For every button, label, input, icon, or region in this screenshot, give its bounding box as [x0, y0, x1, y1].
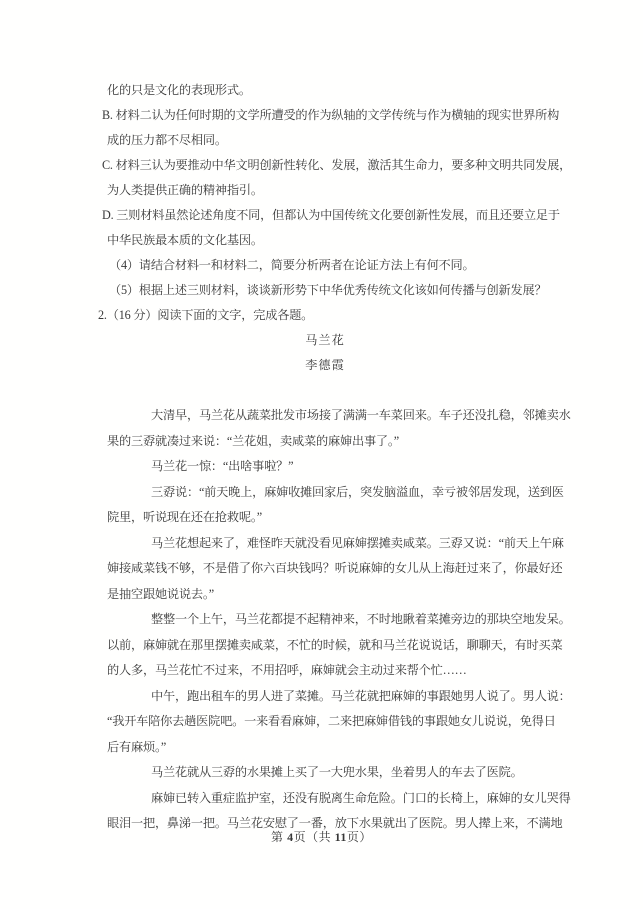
- story-paragraph-line: 麻婶已转入重症监护室，还没有脱离生命危险。门口的长椅上，麻婶的女儿哭得: [102, 786, 548, 812]
- story-paragraph-line: 马兰花就从三孬的水果摊上买了一大兜水果，坐着男人的车去了医院。: [102, 760, 548, 786]
- footer-total-pages: 11: [335, 830, 347, 844]
- story-paragraph-line: 三孬说：“前天晚上，麻婶收摊回家后，突发脑溢血，幸亏被邻居发现，送到医: [102, 480, 548, 506]
- story-paragraph-line: “我开车陪你去趟医院吧。一来看看麻婶，二来把麻婶借钱的事跟她女儿说说，免得日: [102, 709, 548, 735]
- question-line: （5）根据上述三则材料，谈谈新形势下中华优秀传统文化该如何传播与创新发展？: [102, 278, 548, 303]
- story-paragraph-line: 的人多，马兰花忙不过来，不用招呼，麻婶就会主动过来帮个忙……: [102, 658, 548, 684]
- page-footer: 第 4页（共 11页）: [0, 830, 643, 845]
- text-line: 成的压力都不尽相同。: [102, 128, 548, 153]
- story-paragraph-line: 马兰花一惊：“出啥事啦？”: [102, 454, 548, 480]
- text-line: 中华民族最本质的文化基因。: [102, 228, 548, 253]
- story-paragraph-line: 以前，麻婶就在那里摆摊卖咸菜，不忙的时候，就和马兰花说说话，聊聊天，有时买菜: [102, 633, 548, 659]
- story-paragraph-line: 整整一个上午，马兰花都提不起精神来，不时地瞅着菜摊旁边的那块空地发呆。: [102, 607, 548, 633]
- text-line: 化的只是文化的表现形式。: [102, 78, 548, 103]
- question-item-line: 2.（16 分）阅读下面的文字，完成各题。: [98, 303, 548, 328]
- story-paragraph-line: 果的三孬就凑过来说：“兰花姐，卖咸菜的麻婶出事了。”: [102, 429, 548, 455]
- page-content: 化的只是文化的表现形式。B. 材料二认为任何时期的文学所遭受的作为纵轴的文学传统…: [102, 78, 548, 837]
- document-page: 化的只是文化的表现形式。B. 材料二认为任何时期的文学所遭受的作为纵轴的文学传统…: [0, 0, 643, 909]
- story-paragraph-line: 马兰花想起来了，难怪昨天就没看见麻婶摆摊卖咸菜。三孬又说：“前天上午麻: [102, 531, 548, 557]
- story-paragraph-line: 婶接咸菜钱不够，不是借了你六百块钱吗？听说麻婶的女儿从上海赶过来了，你最好还: [102, 556, 548, 582]
- story-title: 马兰花: [102, 328, 548, 353]
- option-line: C. 材料三认为要推动中华文明创新性转化、发展，激活其生命力，要多种文明共同发展…: [102, 153, 548, 178]
- option-line: D. 三则材料虽然论述角度不同，但都认为中国传统文化要创新性发展，而且还要立足于: [102, 203, 548, 228]
- blank-line: [102, 378, 548, 403]
- option-line: B. 材料二认为任何时期的文学所遭受的作为纵轴的文学传统与作为横轴的现实世界所构: [102, 103, 548, 128]
- footer-prefix: 第: [271, 830, 287, 844]
- story-paragraph-line: 中午，跑出租车的男人进了菜摊。马兰花就把麻婶的事跟她男人说了。男人说：: [102, 684, 548, 710]
- footer-suffix: 页）: [347, 830, 372, 844]
- story-paragraph-line: 大清早，马兰花从蔬菜批发市场接了满满一车菜回来。车子还没扎稳，邻摊卖水: [102, 403, 548, 429]
- footer-mid: 页（共: [294, 830, 335, 844]
- text-line: 为人类提供正确的精神指引。: [102, 178, 548, 203]
- story-paragraph-line: 是抽空跟她说说去。”: [102, 582, 548, 608]
- story-paragraph-line: 后有麻烦。”: [102, 735, 548, 761]
- question-line: （4）请结合材料一和材料二，简要分析两者在论证方法上有何不同。: [102, 253, 548, 278]
- story-paragraph-line: 院里，听说现在还在抢救呢。”: [102, 505, 548, 531]
- story-author: 李德霞: [102, 353, 548, 378]
